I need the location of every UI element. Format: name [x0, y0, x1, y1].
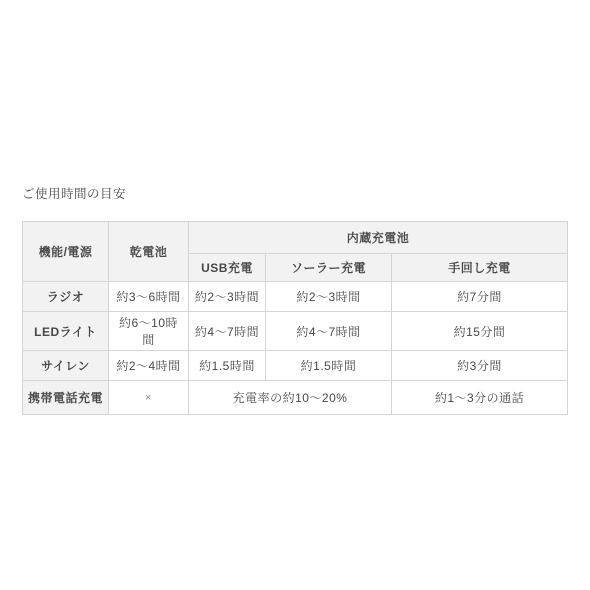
radio-usb-value: 約2〜3時間: [189, 282, 266, 312]
usage-time-table: 機能/電源 乾電池 内蔵充電池 USB充電 ソーラー充電 手回し充電 ラジオ 約…: [22, 221, 568, 415]
header-internal-battery: 内蔵充電池: [189, 222, 568, 254]
table-row-siren: サイレン 約2〜4時間 約1.5時間 約1.5時間 約3分間: [23, 351, 568, 381]
header-hand-crank-charge: 手回し充電: [392, 254, 568, 282]
header-solar-charge: ソーラー充電: [266, 254, 392, 282]
led-hand-crank-value: 約15分間: [392, 312, 568, 351]
header-dry-battery: 乾電池: [109, 222, 189, 282]
siren-hand-crank-value: 約3分間: [392, 351, 568, 381]
phone-dry-battery-value: ×: [109, 381, 189, 415]
section-title: ご使用時間の目安: [22, 184, 126, 202]
header-function-power: 機能/電源: [23, 222, 109, 282]
row-label-siren: サイレン: [23, 351, 109, 381]
row-label-radio: ラジオ: [23, 282, 109, 312]
led-dry-battery-value: 約6〜10時間: [109, 312, 189, 351]
table-row-radio: ラジオ 約3〜6時間 約2〜3時間 約2〜3時間 約7分間: [23, 282, 568, 312]
led-usb-value: 約4〜7時間: [189, 312, 266, 351]
siren-dry-battery-value: 約2〜4時間: [109, 351, 189, 381]
radio-hand-crank-value: 約7分間: [392, 282, 568, 312]
siren-solar-value: 約1.5時間: [266, 351, 392, 381]
table-row-led-light: LEDライト 約6〜10時間 約4〜7時間 約4〜7時間 約15分間: [23, 312, 568, 351]
table-row-phone-charge: 携帯電話充電 × 充電率の約10〜20% 約1〜3分の通話: [23, 381, 568, 415]
row-label-led-light: LEDライト: [23, 312, 109, 351]
siren-usb-value: 約1.5時間: [189, 351, 266, 381]
header-usb-charge: USB充電: [189, 254, 266, 282]
led-solar-value: 約4〜7時間: [266, 312, 392, 351]
phone-hand-crank-value: 約1〜3分の通話: [392, 381, 568, 415]
page: ご使用時間の目安 機能/電源 乾電池 内蔵充電池 USB充電 ソーラー充電 手回…: [0, 0, 590, 590]
radio-solar-value: 約2〜3時間: [266, 282, 392, 312]
phone-usb-solar-value: 充電率の約10〜20%: [189, 381, 392, 415]
row-label-phone-charge: 携帯電話充電: [23, 381, 109, 415]
radio-dry-battery-value: 約3〜6時間: [109, 282, 189, 312]
header-row-top: 機能/電源 乾電池 内蔵充電池: [23, 222, 568, 254]
